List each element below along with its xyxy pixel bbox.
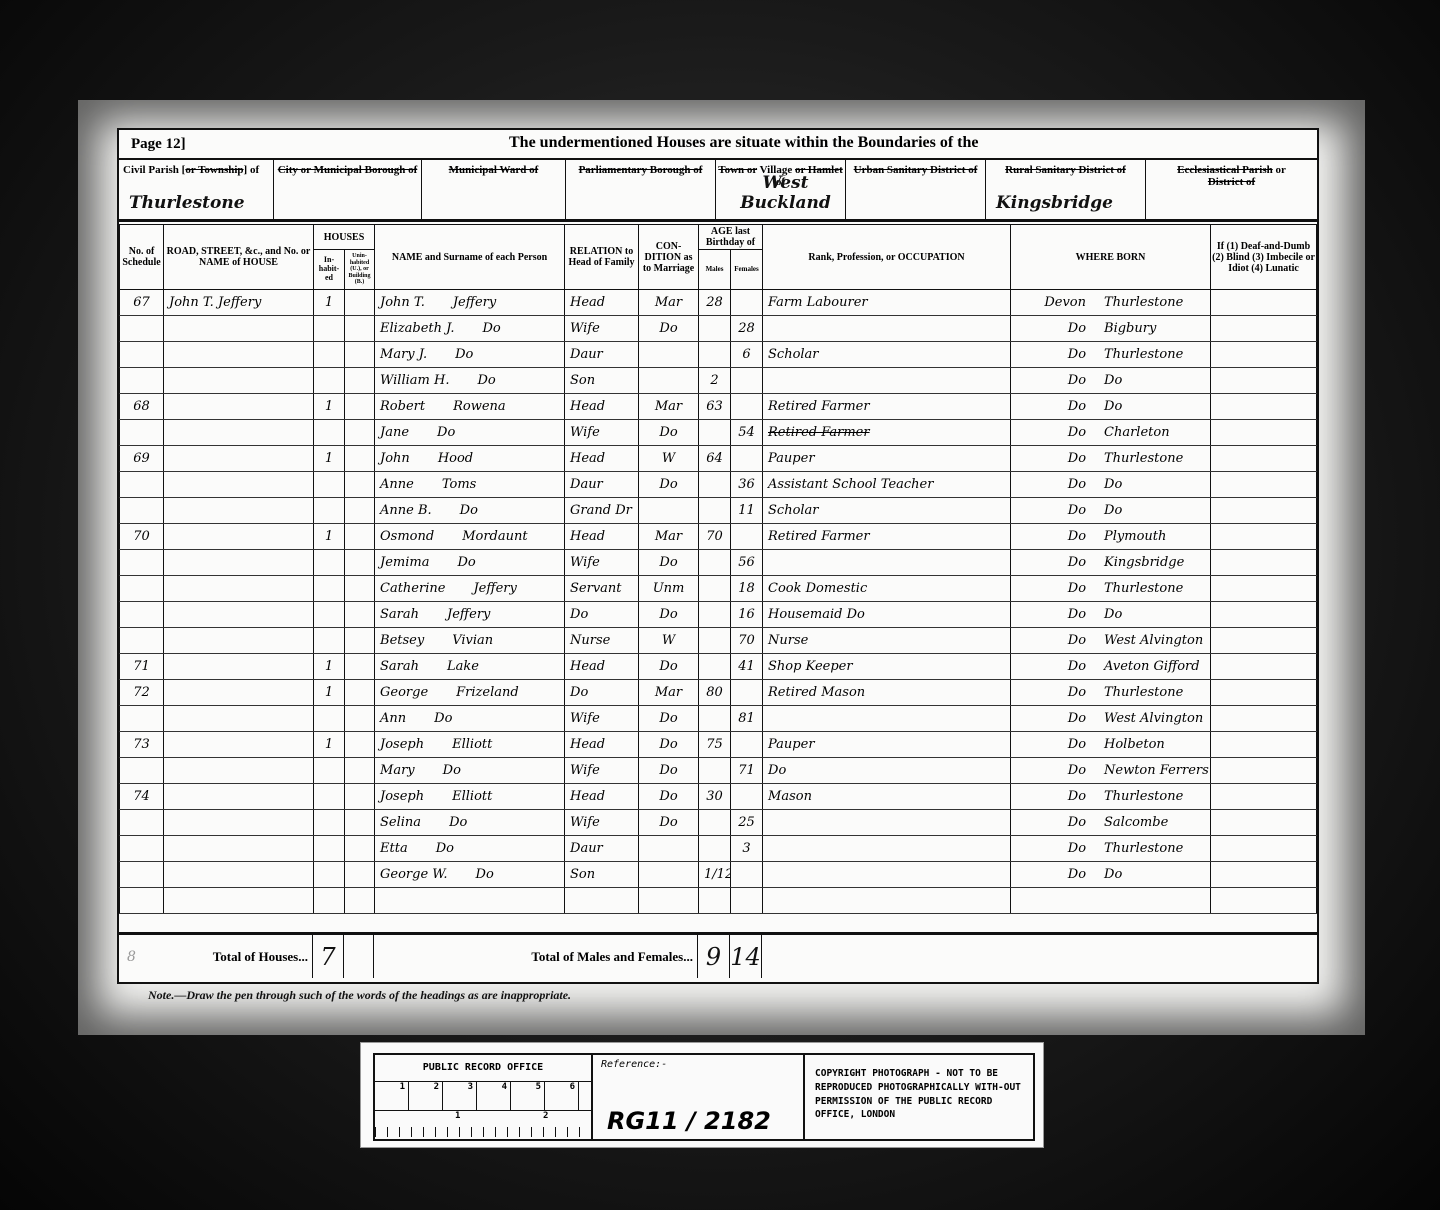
road-cell — [164, 784, 314, 810]
male-age-cell: 28 — [699, 290, 731, 316]
boundary-label-struck: Municipal Ward of — [449, 164, 539, 176]
reference-label: Reference:- — [601, 1059, 667, 1070]
road-cell — [164, 758, 314, 784]
male-age-cell — [699, 836, 731, 862]
schedule-cell — [120, 472, 164, 498]
where-born-cell: DevonThurlestone — [1011, 290, 1211, 316]
born-place: Bigbury — [1104, 321, 1156, 336]
relation-cell: Do — [565, 602, 639, 628]
forename: Joseph — [380, 737, 424, 752]
schedule-cell: 68 — [120, 394, 164, 420]
where-born-cell: DoCharleton — [1011, 420, 1211, 446]
born-place: Thurlestone — [1104, 789, 1183, 804]
name-cell: CatherineJeffery — [375, 576, 565, 602]
surname: Vivian — [452, 633, 493, 648]
name-cell: George W.Do — [375, 862, 565, 888]
condition-cell: Do — [639, 420, 699, 446]
surname: Hood — [438, 451, 473, 466]
schedule-cell: 70 — [120, 524, 164, 550]
road-cell — [164, 836, 314, 862]
occupation-cell: Retired Farmer — [763, 524, 1011, 550]
relation-cell: Nurse — [565, 628, 639, 654]
occupation-cell: Housemaid Do — [763, 602, 1011, 628]
where-born-cell: DoSalcombe — [1011, 810, 1211, 836]
occupation-cell: Retired Farmer — [763, 394, 1011, 420]
uninhabited-cell — [345, 810, 375, 836]
female-age-cell: 18 — [731, 576, 763, 602]
header-uninhabited: Unin-habited (U.), or Building (B.) — [345, 250, 375, 290]
forename: Anne B. — [380, 503, 432, 518]
uninhabited-cell — [345, 836, 375, 862]
village-value: West Buckland — [726, 173, 845, 213]
ruler-number: 2 — [543, 1111, 548, 1121]
born-county: Do — [1016, 659, 1086, 674]
condition-cell: Do — [639, 706, 699, 732]
male-age-cell — [699, 602, 731, 628]
where-born-cell: DoNewton Ferrers — [1011, 758, 1211, 784]
totals-persons-label-cell: Total of Males and Females... — [374, 935, 698, 978]
scale-number-blank — [579, 1082, 591, 1110]
boundary-label-struck: Ecclesiastical Parish — [1177, 164, 1273, 176]
schedule-cell — [120, 628, 164, 654]
born-place: Thurlestone — [1104, 451, 1183, 466]
table-row: Mary J.DoDaur6ScholarDoThurlestone — [120, 342, 1317, 368]
born-county: Do — [1016, 555, 1086, 570]
road-cell — [164, 394, 314, 420]
forename: George — [380, 685, 428, 700]
uninhabited-cell — [345, 316, 375, 342]
boundary-rural-sanitary: Rural Sanitary District of Kingsbridge — [986, 160, 1146, 219]
female-age-cell: 54 — [731, 420, 763, 446]
uninhabited-cell — [345, 758, 375, 784]
female-age-cell — [731, 862, 763, 888]
surname: Do — [434, 711, 452, 726]
schedule-cell — [120, 420, 164, 446]
female-age-cell: 71 — [731, 758, 763, 784]
name-cell: John T.Jeffery — [375, 290, 565, 316]
born-county: Do — [1016, 477, 1086, 492]
road-cell — [164, 342, 314, 368]
female-age-cell: 81 — [731, 706, 763, 732]
inhabited-cell: 1 — [314, 654, 345, 680]
surname: Do — [460, 503, 478, 518]
uninhabited-cell — [345, 862, 375, 888]
scale-number: 6 — [545, 1082, 579, 1110]
female-age-cell: 56 — [731, 550, 763, 576]
relation-cell: Daur — [565, 836, 639, 862]
female-age-cell: 3 — [731, 836, 763, 862]
male-age-cell: 1/12 — [699, 862, 731, 888]
table-row: 681RobertRowenaHeadMar63Retired FarmerDo… — [120, 394, 1317, 420]
schedule-cell — [120, 602, 164, 628]
totals-persons-label: Total of Males and Females... — [531, 949, 693, 965]
condition-cell: Unm — [639, 576, 699, 602]
uninhabited-cell — [345, 368, 375, 394]
uninhabited-cell — [345, 498, 375, 524]
table-row: MaryDoWifeDo71DoDoNewton Ferrers — [120, 758, 1317, 784]
male-age-cell: 80 — [699, 680, 731, 706]
schedule-cell: 71 — [120, 654, 164, 680]
surname: Jeffery — [473, 581, 516, 596]
born-county: Do — [1016, 711, 1086, 726]
occupation-cell: Nurse — [763, 628, 1011, 654]
born-county: Do — [1016, 503, 1086, 518]
inhabited-cell: 1 — [314, 524, 345, 550]
surname: Toms — [442, 477, 477, 492]
totals-females-value: 14 — [730, 943, 761, 971]
stamp-scale-numbers: 1 2 3 4 5 6 — [375, 1082, 591, 1111]
schedule-cell — [120, 706, 164, 732]
infirmity-cell — [1211, 550, 1317, 576]
male-age-cell — [699, 498, 731, 524]
where-born-cell: DoThurlestone — [1011, 446, 1211, 472]
totals-houses-label: Total of Houses... — [213, 949, 308, 965]
forename: Mary J. — [380, 347, 427, 362]
relation-cell: Wife — [565, 316, 639, 342]
road-cell — [164, 498, 314, 524]
relation-cell: Do — [565, 680, 639, 706]
occupation-cell — [763, 862, 1011, 888]
forename: Mary — [380, 763, 415, 778]
road-cell — [164, 420, 314, 446]
infirmity-cell — [1211, 784, 1317, 810]
where-born-cell: DoWest Alvington — [1011, 706, 1211, 732]
surname: Lake — [447, 659, 479, 674]
table-row: Elizabeth J.DoWifeDo28DoBigbury — [120, 316, 1317, 342]
boundary-label-struck: Rural Sanitary District of — [1005, 164, 1126, 176]
born-county: Do — [1016, 607, 1086, 622]
schedule-cell: 73 — [120, 732, 164, 758]
relation-cell: Head — [565, 732, 639, 758]
where-born-cell: DoThurlestone — [1011, 576, 1211, 602]
boundary-municipal-borough: City or Municipal Borough of — [274, 160, 422, 219]
male-age-cell — [699, 628, 731, 654]
infirmity-cell — [1211, 498, 1317, 524]
table-row: AnneTomsDaurDo36Assistant School Teacher… — [120, 472, 1317, 498]
where-born-cell: DoBigbury — [1011, 316, 1211, 342]
inhabited-cell — [314, 810, 345, 836]
uninhabited-cell — [345, 446, 375, 472]
where-born-cell: DoPlymouth — [1011, 524, 1211, 550]
inhabited-cell — [314, 602, 345, 628]
schedule-cell — [120, 368, 164, 394]
where-born-cell: DoDo — [1011, 472, 1211, 498]
inhabited-cell — [314, 498, 345, 524]
name-cell: AnnDo — [375, 706, 565, 732]
condition-cell: Mar — [639, 394, 699, 420]
schedule-cell: 72 — [120, 680, 164, 706]
where-born-cell: DoDo — [1011, 368, 1211, 394]
condition-cell: W — [639, 446, 699, 472]
stamp-ruler: 1 2 — [375, 1111, 591, 1137]
scale-number: 4 — [477, 1082, 511, 1110]
male-age-cell: 2 — [699, 368, 731, 394]
empty-cell — [345, 888, 375, 914]
name-cell: JaneDo — [375, 420, 565, 446]
schedule-cell: 74 — [120, 784, 164, 810]
road-cell — [164, 576, 314, 602]
empty-cell — [164, 888, 314, 914]
forename: Jemima — [380, 555, 429, 570]
male-age-cell: 30 — [699, 784, 731, 810]
schedule-cell — [120, 758, 164, 784]
where-born-cell: DoDo — [1011, 498, 1211, 524]
relation-cell: Wife — [565, 550, 639, 576]
where-born-cell: DoThurlestone — [1011, 784, 1211, 810]
born-place: Do — [1104, 607, 1122, 622]
ruler-number: 1 — [455, 1111, 460, 1121]
surname: Do — [449, 815, 467, 830]
empty-cell — [120, 888, 164, 914]
table-row-empty — [120, 888, 1317, 914]
female-age-cell — [731, 446, 763, 472]
male-age-cell — [699, 550, 731, 576]
table-row: JaneDoWifeDo54Retired FarmerDoCharleton — [120, 420, 1317, 446]
name-cell: BetseyVivian — [375, 628, 565, 654]
born-place: Do — [1104, 503, 1122, 518]
occupation-cell — [763, 550, 1011, 576]
born-county: Do — [1016, 763, 1086, 778]
schedule-cell — [120, 342, 164, 368]
infirmity-cell — [1211, 628, 1317, 654]
header-where-born: WHERE BORN — [1011, 225, 1211, 290]
boundary-village: Town or Village or Hamlet of West Buckla… — [716, 160, 846, 219]
male-age-cell — [699, 342, 731, 368]
infirmity-cell — [1211, 706, 1317, 732]
surname: Do — [455, 347, 473, 362]
name-cell: OsmondMordaunt — [375, 524, 565, 550]
relation-cell: Wife — [565, 758, 639, 784]
occupation-cell: Farm Labourer — [763, 290, 1011, 316]
occupation-cell: Pauper — [763, 732, 1011, 758]
where-born-cell: DoAveton Gifford — [1011, 654, 1211, 680]
female-age-cell: 41 — [731, 654, 763, 680]
table-row: Anne B.DoGrand Dr11ScholarDoDo — [120, 498, 1317, 524]
female-age-cell — [731, 394, 763, 420]
infirmity-cell — [1211, 290, 1317, 316]
infirmity-cell — [1211, 342, 1317, 368]
where-born-cell: DoHolbeton — [1011, 732, 1211, 758]
empty-cell — [375, 888, 565, 914]
where-born-cell: DoWest Alvington — [1011, 628, 1211, 654]
occupation-cell: Retired Farmer — [763, 420, 1011, 446]
road-cell — [164, 732, 314, 758]
road-cell — [164, 316, 314, 342]
born-place: West Alvington — [1104, 633, 1203, 648]
empty-cell — [1211, 888, 1317, 914]
name-cell: JohnHood — [375, 446, 565, 472]
condition-cell: Do — [639, 732, 699, 758]
inhabited-cell — [314, 342, 345, 368]
born-county: Do — [1016, 581, 1086, 596]
table-row: 731JosephElliottHeadDo75PauperDoHolbeton — [120, 732, 1317, 758]
female-age-cell — [731, 368, 763, 394]
born-place: Plymouth — [1104, 529, 1166, 544]
name-cell: GeorgeFrizeland — [375, 680, 565, 706]
condition-cell — [639, 342, 699, 368]
surname: Frizeland — [456, 685, 519, 700]
table-row: SarahJefferyDoDo16Housemaid DoDoDo — [120, 602, 1317, 628]
female-age-cell: 28 — [731, 316, 763, 342]
table-row: CatherineJefferyServantUnm18Cook Domesti… — [120, 576, 1317, 602]
born-place: Do — [1104, 399, 1122, 414]
female-age-cell: 16 — [731, 602, 763, 628]
occupation-cell: Retired Mason — [763, 680, 1011, 706]
inhabited-cell — [314, 862, 345, 888]
condition-cell — [639, 862, 699, 888]
empty-cell — [699, 888, 731, 914]
table-row: JemimaDoWifeDo56DoKingsbridge — [120, 550, 1317, 576]
condition-cell: Do — [639, 550, 699, 576]
uninhabited-cell — [345, 784, 375, 810]
table-row: 67John T. Jeffery1John T.JefferyHeadMar2… — [120, 290, 1317, 316]
boundary-civil-parish: Civil Parish [or Township] of Thurleston… — [119, 160, 274, 219]
condition-cell — [639, 836, 699, 862]
surname: Elliott — [452, 737, 492, 752]
condition-cell: Do — [639, 316, 699, 342]
infirmity-cell — [1211, 732, 1317, 758]
where-born-cell: DoDo — [1011, 394, 1211, 420]
infirmity-cell — [1211, 420, 1317, 446]
male-age-cell: 63 — [699, 394, 731, 420]
inhabited-cell: 1 — [314, 446, 345, 472]
totals-houses-value: 7 — [320, 943, 335, 971]
surname: Jeffery — [447, 607, 490, 622]
name-cell: William H.Do — [375, 368, 565, 394]
relation-cell: Grand Dr — [565, 498, 639, 524]
surname: Elliott — [452, 789, 492, 804]
relation-cell: Head — [565, 290, 639, 316]
header-relation: RELATION to Head of Family — [565, 225, 639, 290]
schedule-cell — [120, 862, 164, 888]
forename: Sarah — [380, 607, 419, 622]
condition-cell: Do — [639, 602, 699, 628]
inhabited-cell — [314, 368, 345, 394]
header-females: Females — [731, 250, 763, 290]
road-cell — [164, 524, 314, 550]
surname: Do — [483, 321, 501, 336]
inhabited-cell — [314, 550, 345, 576]
born-county: Do — [1016, 685, 1086, 700]
condition-cell: Do — [639, 654, 699, 680]
scale-number: 2 — [409, 1082, 443, 1110]
forename: Anne — [380, 477, 414, 492]
forename: Jane — [380, 425, 409, 440]
inhabited-cell — [314, 420, 345, 446]
uninhabited-cell — [345, 732, 375, 758]
header-males: Males — [699, 250, 731, 290]
born-place: Holbeton — [1104, 737, 1165, 752]
forename: Elizabeth J. — [380, 321, 454, 336]
stamp-frame: PUBLIC RECORD OFFICE 1 2 3 4 5 6 1 2 Ref… — [373, 1053, 1035, 1141]
female-age-cell — [731, 680, 763, 706]
infirmity-cell — [1211, 472, 1317, 498]
table-row: 74JosephElliottHeadDo30MasonDoThurleston… — [120, 784, 1317, 810]
inhabited-cell — [314, 836, 345, 862]
where-born-cell: DoDo — [1011, 862, 1211, 888]
name-cell: JemimaDo — [375, 550, 565, 576]
road-cell — [164, 654, 314, 680]
schedule-cell — [120, 810, 164, 836]
relation-cell: Son — [565, 862, 639, 888]
condition-cell: Mar — [639, 290, 699, 316]
inhabited-cell — [314, 784, 345, 810]
occupation-cell — [763, 810, 1011, 836]
relation-cell: Daur — [565, 342, 639, 368]
where-born-cell: DoThurlestone — [1011, 680, 1211, 706]
header-road: ROAD, STREET, &c., and No. or NAME of HO… — [164, 225, 314, 290]
female-age-cell — [731, 290, 763, 316]
born-county: Do — [1016, 451, 1086, 466]
empty-cell — [639, 888, 699, 914]
schedule-cell — [120, 576, 164, 602]
forename: Osmond — [380, 529, 434, 544]
road-cell — [164, 550, 314, 576]
uninhabited-cell — [345, 420, 375, 446]
born-county: Do — [1016, 425, 1086, 440]
schedule-cell — [120, 316, 164, 342]
header-condition: CON-DITION as to Marriage — [639, 225, 699, 290]
female-age-cell: 70 — [731, 628, 763, 654]
header-occupation: Rank, Profession, or OCCUPATION — [763, 225, 1011, 290]
occupation-cell: Do — [763, 758, 1011, 784]
forename: Robert — [380, 399, 425, 414]
surname: Do — [443, 763, 461, 778]
male-age-cell — [699, 472, 731, 498]
name-cell: MaryDo — [375, 758, 565, 784]
name-cell: Anne B.Do — [375, 498, 565, 524]
boundary-label-struck: City or Municipal Borough of — [278, 164, 418, 176]
table-row: George W.DoSon1/12DoDo — [120, 862, 1317, 888]
infirmity-cell — [1211, 758, 1317, 784]
male-age-cell — [699, 706, 731, 732]
boundary-label-struck: Urban Sanitary District of — [854, 164, 978, 176]
female-age-cell — [731, 732, 763, 758]
road-cell — [164, 628, 314, 654]
born-county: Do — [1016, 321, 1086, 336]
occupation-cell: Scholar — [763, 498, 1011, 524]
road-cell — [164, 472, 314, 498]
infirmity-cell — [1211, 368, 1317, 394]
public-record-office-stamp: PUBLIC RECORD OFFICE 1 2 3 4 5 6 1 2 Ref… — [360, 1042, 1044, 1148]
uninhabited-cell — [345, 576, 375, 602]
born-county: Do — [1016, 373, 1086, 388]
empty-cell — [565, 888, 639, 914]
surname: Do — [457, 555, 475, 570]
table-row: 711SarahLakeHeadDo41Shop KeeperDoAveton … — [120, 654, 1317, 680]
infirmity-cell — [1211, 654, 1317, 680]
occupation-cell: Cook Domestic — [763, 576, 1011, 602]
table-row: 701OsmondMordauntHeadMar70Retired Farmer… — [120, 524, 1317, 550]
header-infirmity: If (1) Deaf-and-Dumb (2) Blind (3) Imbec… — [1211, 225, 1317, 290]
boundary-municipal-ward: Municipal Ward of — [422, 160, 566, 219]
inhabited-cell — [314, 576, 345, 602]
occupation-cell: Mason — [763, 784, 1011, 810]
boundary-label-struck: District of — [1208, 176, 1255, 188]
name-cell: Elizabeth J.Do — [375, 316, 565, 342]
male-age-cell — [699, 654, 731, 680]
stamp-reference-block: Reference:- RG11 / 2182 — [593, 1055, 805, 1139]
road-cell — [164, 680, 314, 706]
condition-cell: Mar — [639, 524, 699, 550]
boundary-label-struck: or Township — [185, 164, 243, 176]
name-cell: SarahLake — [375, 654, 565, 680]
boundary-label: or — [1275, 164, 1285, 176]
forename: Joseph — [380, 789, 424, 804]
condition-cell: Do — [639, 810, 699, 836]
boundaries-row: Civil Parish [or Township] of Thurleston… — [119, 160, 1317, 222]
born-county: Devon — [1016, 295, 1086, 310]
